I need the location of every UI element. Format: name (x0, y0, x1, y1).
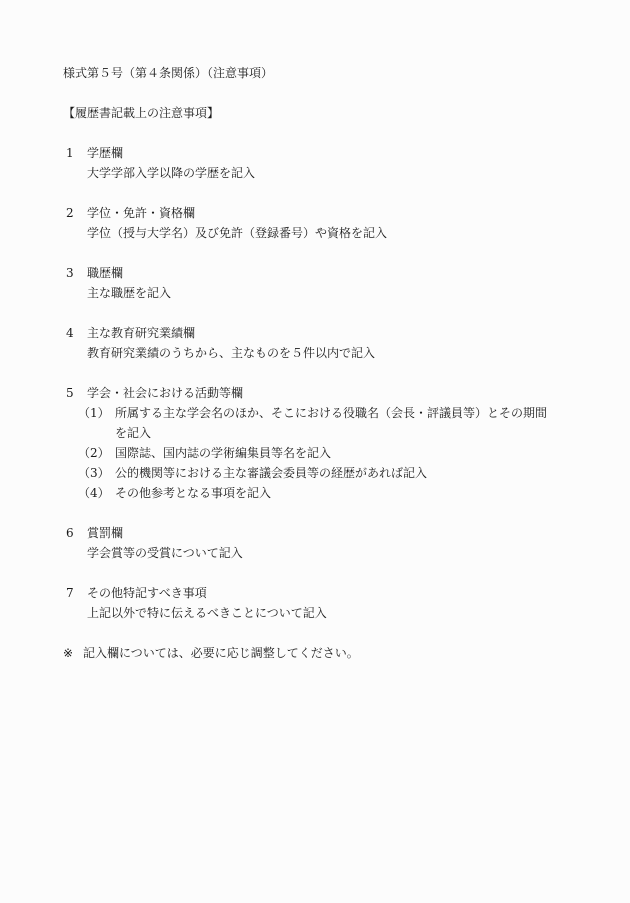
section-number: 7 (66, 586, 74, 600)
section-description: 上記以外で特に伝えるべきことについて記入 (87, 606, 327, 620)
section-number: 5 (66, 386, 74, 400)
subitem-text: 公的機関等における主な審議会委員等の経歴があれば記入 (115, 466, 427, 480)
section-title: 学会・社会における活動等欄 (87, 386, 243, 400)
subitem-text-continuation: を記入 (115, 426, 151, 440)
section-description: 教育研究業績のうちから、主なものを５件以内で記入 (87, 346, 375, 360)
section-number: 3 (66, 266, 74, 280)
document-heading: 【履歴書記載上の注意事項】 (63, 106, 219, 120)
section-number: 4 (66, 326, 74, 340)
document-page: 様式第５号（第４条関係）（注意事項） 【履歴書記載上の注意事項】 1 学歴欄 大… (0, 0, 630, 903)
form-title: 様式第５号（第４条関係）（注意事項） (63, 66, 273, 80)
section-description: 大学学部入学以降の学歴を記入 (87, 166, 255, 180)
section-title: 学位・免許・資格欄 (87, 206, 195, 220)
section-title: 賞罰欄 (87, 526, 123, 540)
section-description: 学位（授与大学名）及び免許（登録番号）や資格を記入 (87, 226, 387, 240)
section-description: 主な職歴を記入 (87, 286, 171, 300)
section-title: 主な教育研究業績欄 (87, 326, 195, 340)
section-description: 学会賞等の受賞について記入 (87, 546, 243, 560)
section-number: 2 (66, 206, 74, 220)
section-number: 6 (66, 526, 74, 540)
subitem-text: 国際誌、国内誌の学術編集員等名を記入 (115, 446, 331, 460)
reference-mark-icon: ※ (63, 646, 73, 660)
section-title: 学歴欄 (87, 146, 123, 160)
subitem-text: 所属する主な学会名のほか、そこにおける役職名（会長・評議員等）とその期間 (115, 406, 547, 420)
subitem-label: （2） (78, 446, 110, 460)
footnote-text: 記入欄については、必要に応じ調整してください。 (83, 646, 359, 660)
subitem-label: （1） (78, 406, 110, 420)
subitem-label: （3） (78, 466, 110, 480)
section-title: その他特記すべき事項 (87, 586, 207, 600)
section-title: 職歴欄 (87, 266, 123, 280)
section-number: 1 (66, 146, 74, 160)
subitem-text: その他参考となる事項を記入 (115, 486, 271, 500)
subitem-label: （4） (78, 486, 110, 500)
